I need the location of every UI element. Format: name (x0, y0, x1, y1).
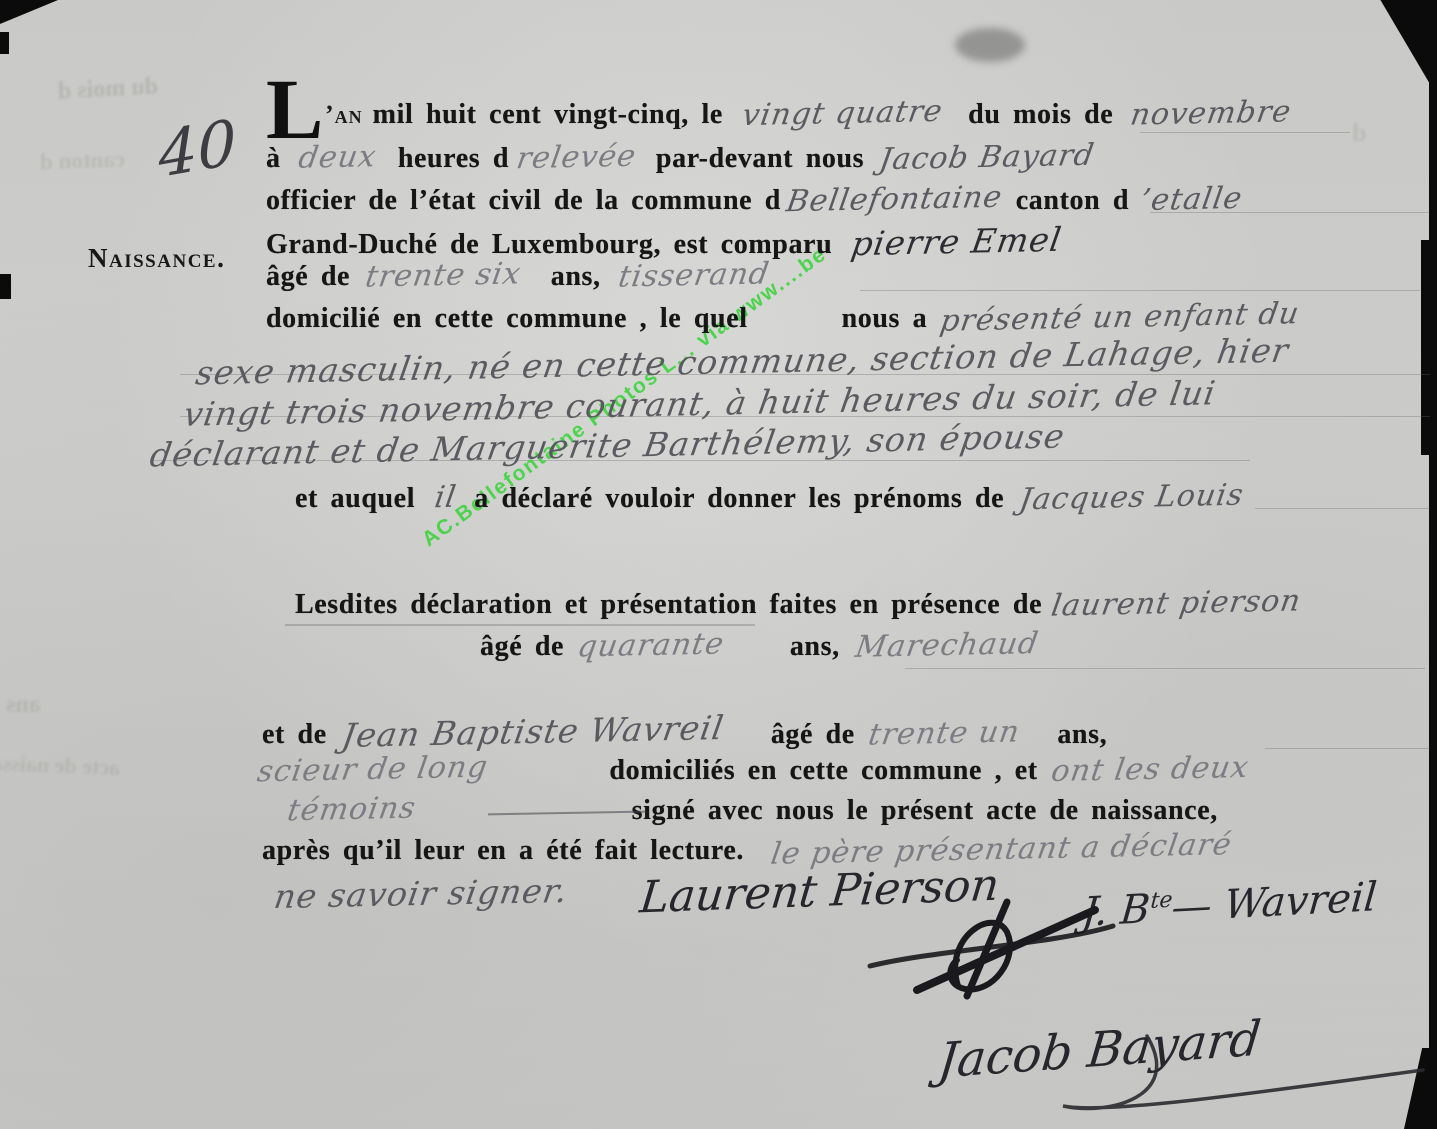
printed-text: ans, (790, 631, 840, 662)
scan-artifact-top-right (1368, 0, 1437, 96)
bleedthrough-text: acte de naissance (0, 749, 120, 781)
ruled-line (860, 290, 1420, 291)
text-line-17: ne savoir signer. (275, 874, 567, 913)
scan-artifact-top-left (0, 0, 58, 24)
text-line-13: et de Jean Baptiste Wavreil âgé de trent… (262, 712, 1107, 751)
scan-smudge (955, 28, 1025, 62)
text-line-2: à deux heures d relevée par-devant nous … (266, 140, 1094, 175)
printed-text: à (266, 143, 281, 174)
printed-text: canton d (1016, 185, 1129, 216)
scan-artifact-right-edge (1429, 0, 1437, 1129)
handwritten-text: Jacques Louis (1017, 478, 1246, 518)
printed-text: ans, (551, 261, 601, 292)
printed-text: ans, (1057, 719, 1107, 750)
bleedthrough-text: ans (6, 692, 41, 719)
handwritten-text: scieur de long (255, 750, 491, 790)
handwritten-text: tisserand (616, 256, 772, 294)
handwritten-text: ne savoir signer. (271, 871, 570, 916)
handwritten-text: il (432, 480, 459, 515)
scan-artifact-left-nub (0, 274, 11, 299)
printed-text: domiciliés en cette commune , et (609, 755, 1037, 786)
ruled-line (905, 668, 1425, 669)
bleedthrough-text: d (1352, 118, 1366, 148)
ruled-line (1265, 748, 1430, 749)
signature-wavreil-sup: te (1149, 888, 1173, 914)
handwritten-text: trente six (363, 256, 524, 294)
handwritten-text: ont les deux (1049, 750, 1252, 789)
printed-text: signé avec nous le présent acte de naiss… (632, 795, 1218, 826)
scan-artifact-top-left-2 (0, 32, 9, 54)
ruled-line (1255, 508, 1430, 509)
text-line-9: déclarant et de Marguerite Barthélemy, s… (152, 426, 1063, 465)
text-line-16: après qu’il leur en a été fait lecture. … (262, 832, 1231, 867)
printed-text: mil huit cent vingt-cinq, le (373, 99, 723, 130)
text-line-11: Lesdites déclaration et présentation fai… (295, 586, 1301, 621)
handwritten-text: laurent pierson (1049, 583, 1304, 623)
birth-record-page: du mois d canton d ans acte de naissance… (0, 0, 1437, 1129)
printed-text: âgé de (480, 631, 564, 662)
printed-text: Grand-Duché de Luxembourg, est comparu (266, 229, 832, 260)
text-line-1: ’an mil huit cent vingt-cinq, le vingt q… (325, 96, 1291, 131)
underline-flourish-svg (935, 1018, 1435, 1128)
printed-text: officier de l’état civil de la commune d (266, 185, 781, 216)
handwritten-text: vingt quatre (740, 94, 945, 133)
handwritten-text: Marechaud (853, 626, 1041, 665)
signature-wavreil-part2: — Wavreil (1170, 874, 1379, 931)
handwritten-text: trente un (866, 714, 1022, 752)
handwritten-text: témoins (285, 791, 419, 829)
handwritten-text: Bellefontaine (784, 180, 1005, 219)
printed-text: et auquel (295, 483, 415, 514)
text-line-15: témoins signé avec nous le présent acte … (288, 792, 1218, 827)
handwritten-text: pierre Emel (849, 220, 1065, 263)
handwritten-text: deux (296, 139, 379, 176)
text-line-12: âgé de quarante ans, Marechaud (480, 628, 1038, 663)
handwritten-text: novembre (1128, 94, 1294, 132)
printed-text: après qu’il leur en a été fait lecture. (262, 835, 744, 866)
printed-text: Lesdites déclaration et présentation fai… (295, 589, 1042, 620)
handwritten-text: Jean Baptiste Wavreil (339, 708, 726, 755)
ruled-line (1140, 132, 1350, 133)
handwritten-text: déclarant et de Marguerite Barthélemy, s… (147, 416, 1067, 474)
printed-text: âgé de (771, 719, 855, 750)
printed-text: par-devant nous (656, 143, 864, 174)
handwritten-text: relevée (514, 139, 639, 176)
text-line-14: scieur de long domiciliés en cette commu… (258, 752, 1248, 787)
handwritten-text: quarante (575, 626, 727, 664)
text-line-5: âgé de trente six ans, tisserand (266, 258, 769, 293)
text-line-10: et auquel il a déclaré vouloir donner le… (295, 480, 1243, 515)
printed-text: nous a (842, 303, 928, 334)
printed-text: du mois de (968, 99, 1113, 130)
handwritten-text: ’etalle (1138, 181, 1245, 218)
printed-text: a déclaré vouloir donner les prénoms de (474, 483, 1004, 514)
text-line-3: officier de l’état civil de la commune d… (266, 182, 1242, 217)
bleedthrough-text: du mois d (57, 73, 158, 105)
scan-artifact-right-blob (1421, 240, 1437, 455)
handwritten-text: Jacob Bayard (877, 138, 1097, 177)
ruled-line (285, 624, 755, 626)
act-number: 40 (157, 105, 237, 192)
margin-label-naissance: Naissance. (88, 243, 225, 274)
text-line-6: domicilié en cette commune , le quel nou… (266, 300, 1299, 335)
text-line-4: Grand-Duché de Luxembourg, est comparu p… (266, 222, 1062, 261)
bleedthrough-text: canton d (40, 147, 126, 176)
printed-text: domicilié en cette commune , le quel (266, 303, 748, 334)
printed-text: âgé de (266, 261, 350, 292)
printed-text: ’an (325, 100, 363, 129)
printed-text: et de (262, 719, 327, 750)
signature-flourish-svg (855, 888, 1130, 1013)
printed-text: heures d (398, 143, 509, 174)
